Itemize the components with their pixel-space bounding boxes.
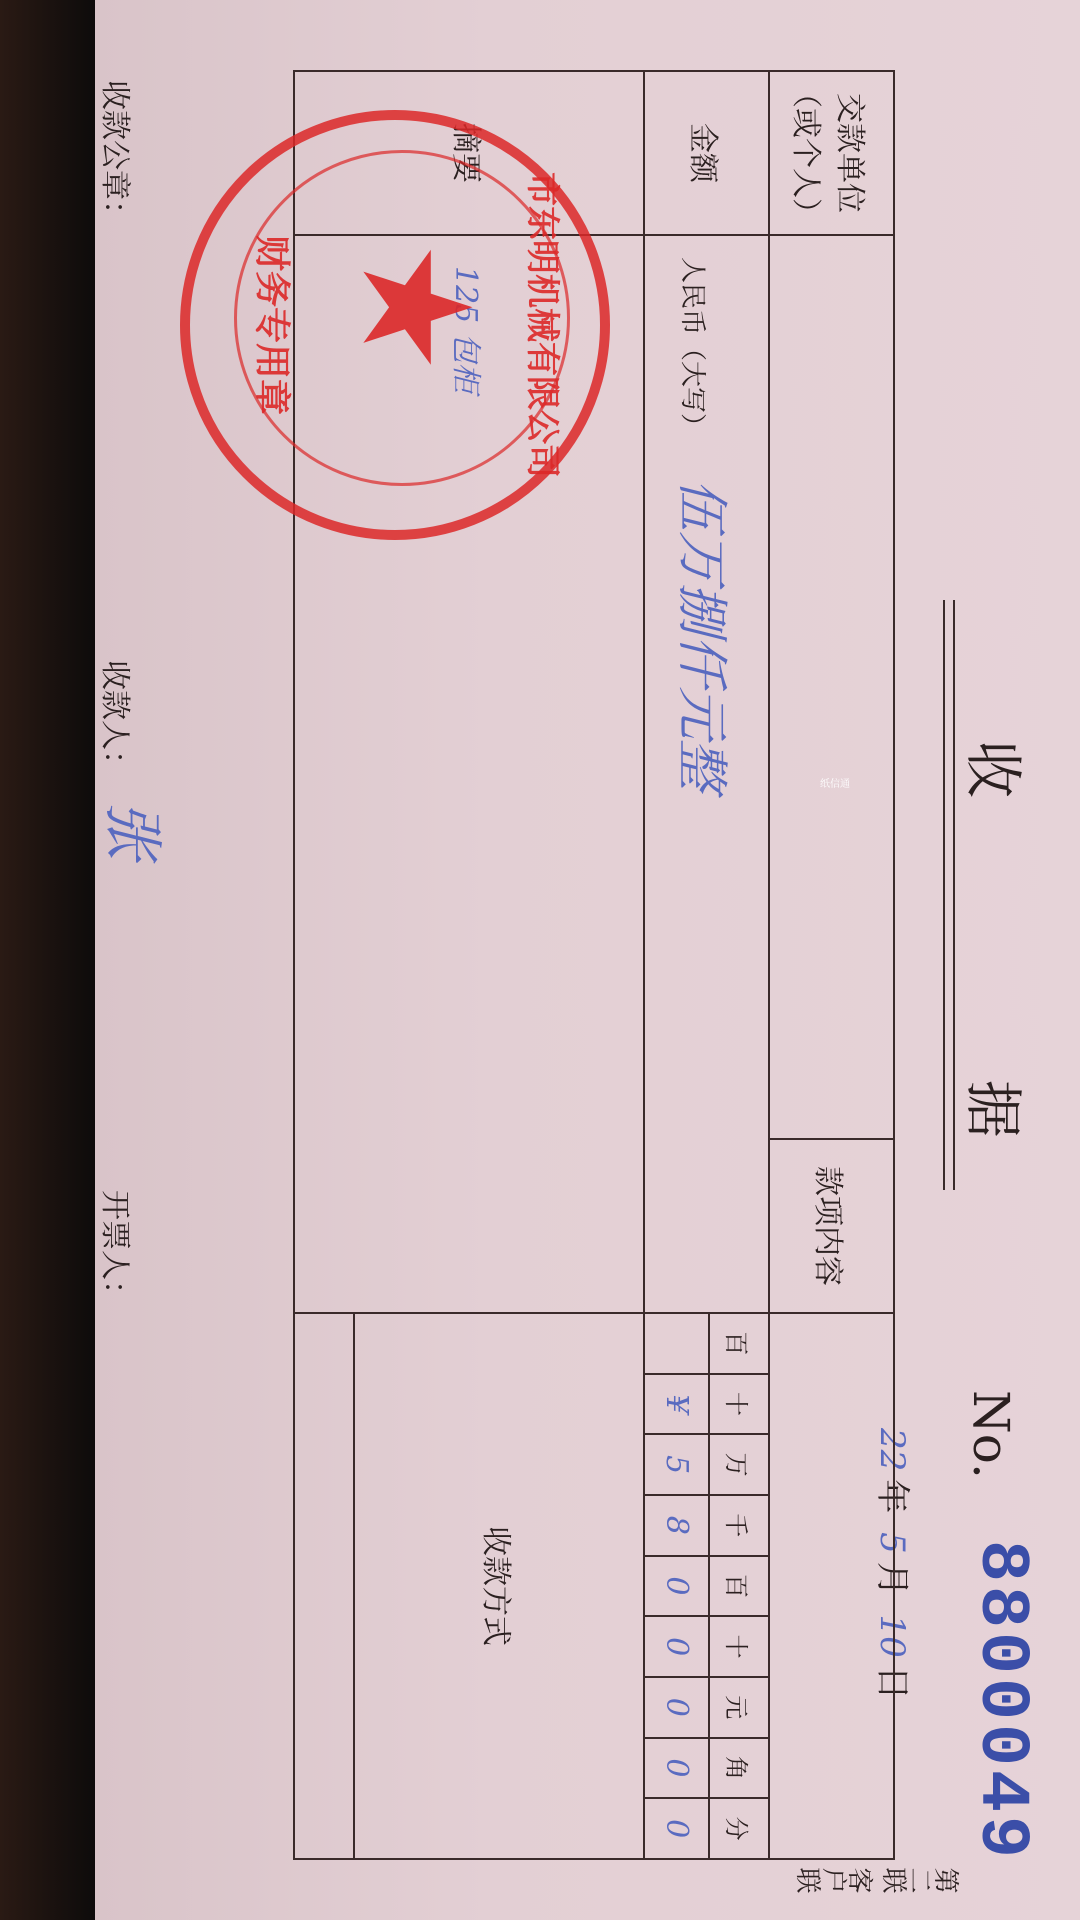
copy-note: 第二联 客户联 xyxy=(796,1860,960,1897)
rmb-label: 人民币（大写） xyxy=(677,257,707,439)
payment-method-label: 收款方式 xyxy=(354,1313,644,1859)
amount-words: 伍万捌仟元整 xyxy=(671,449,731,791)
digit-value: 0 xyxy=(644,1677,709,1738)
receipt-number: 8800049 xyxy=(961,1540,1040,1862)
digit-header: 元 xyxy=(709,1677,769,1738)
company-seal: 市东明机械有限公司 ★ 财务专用章 xyxy=(180,110,610,540)
seal-top-text: 市东明机械有限公司 xyxy=(521,140,570,510)
issuer-label: 开票人： xyxy=(96,1190,140,1310)
receiver-label: 收款人： xyxy=(96,660,140,780)
digit-value xyxy=(644,1313,709,1374)
digit-header: 百 xyxy=(709,1313,769,1374)
digit-header: 万 xyxy=(709,1434,769,1495)
receiver-signature: 张 xyxy=(94,800,180,860)
seal-bottom-text: 财务专用章 xyxy=(249,180,300,470)
star-icon: ★ xyxy=(340,240,490,374)
digit-header: 千 xyxy=(709,1495,769,1556)
amount-words-cell: 人民币（大写） 伍万捌仟元整 xyxy=(644,235,769,1313)
amount-label: 金额 xyxy=(644,71,769,235)
digit-header: 角 xyxy=(709,1738,769,1799)
receipt-form: 收 据 No. 8800049 22年 5月 10日 第二联 客户联 交款单位（… xyxy=(0,0,1080,1920)
stamp-label: 收款公章： xyxy=(96,80,140,230)
digit-value: 0 xyxy=(644,1616,709,1677)
payment-method-value xyxy=(294,1313,354,1859)
payer-label: 交款单位（或个人） xyxy=(769,71,894,235)
payer-value xyxy=(769,235,894,1139)
receipt-number-label: No. xyxy=(962,1390,1020,1479)
item-value xyxy=(769,1313,894,1859)
digit-value: ¥ xyxy=(644,1374,709,1435)
item-label: 款项内容 xyxy=(769,1139,894,1313)
digit-header: 分 xyxy=(709,1798,769,1859)
digit-value: 0 xyxy=(644,1738,709,1799)
digit-value: 0 xyxy=(644,1798,709,1859)
digit-header: 十 xyxy=(709,1616,769,1677)
title-underline xyxy=(943,600,955,1190)
title-right: 据 xyxy=(956,1080,1040,1138)
digit-value: 0 xyxy=(644,1556,709,1617)
digit-header: 十 xyxy=(709,1374,769,1435)
digit-value: 5 xyxy=(644,1434,709,1495)
digit-value: 8 xyxy=(644,1495,709,1556)
digit-header: 百 xyxy=(709,1556,769,1617)
title-left: 收 xyxy=(956,740,1040,798)
